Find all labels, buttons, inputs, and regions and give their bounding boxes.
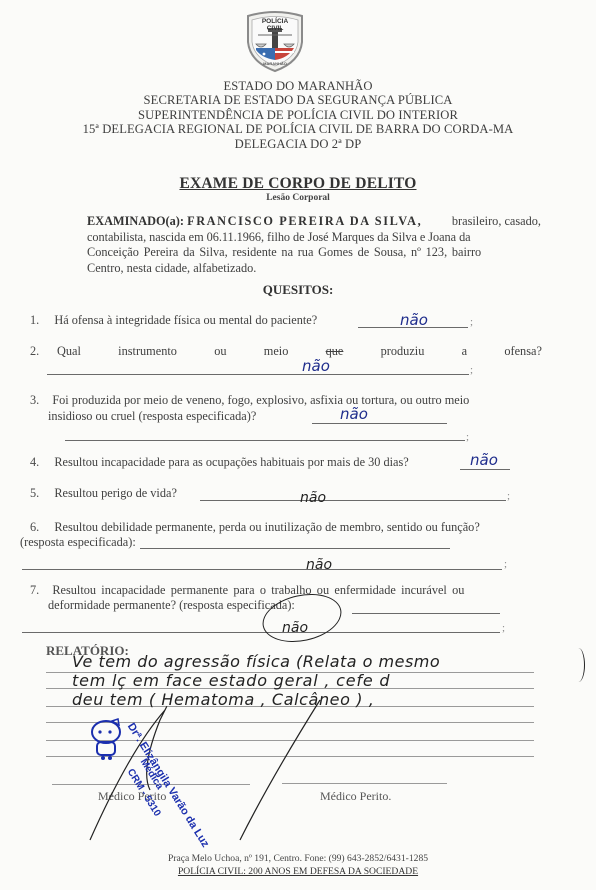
question-2-word: produziu (381, 344, 425, 359)
question-3-answer-line-2 (65, 440, 465, 441)
document-subtitle: Lesão Corporal (0, 193, 596, 203)
question-2-word: a (462, 344, 467, 359)
footer-motto: POLÍCIA CIVIL: 200 ANOS EM DEFESA DA SOC… (0, 866, 596, 877)
examinee-label: EXAMINADO(a): (87, 214, 184, 228)
header-delegacy: DELEGACIA DO 2ª DP (0, 137, 596, 151)
examinee-paragraph: EXAMINADO(a): FRANCISCO PEREIRA DA SILVA… (87, 214, 541, 276)
question-7-number: 7. (30, 583, 39, 597)
question-5-semicolon: ; (507, 490, 510, 502)
question-7-semicolon: ; (502, 622, 505, 634)
report-handwritten-line-2[interactable]: tem lç em face estado geral , cefe d (72, 671, 390, 690)
question-2-text: Qual instrumento ou meio que produziu a … (57, 344, 542, 359)
question-3-line1: Foi produzida por meio de veneno, fogo, … (52, 393, 469, 407)
question-3-line2: insidioso ou cruel (resposta especificad… (48, 409, 256, 424)
badge-top-text: POLÍCIA CIVIL (254, 18, 296, 32)
question-7: 7. Resultou incapacidade permanente para… (30, 583, 464, 598)
report-handwritten-line-1[interactable]: Ve tem do agressão física (Relata o mesm… (72, 652, 440, 671)
report-bracket-mark (572, 648, 585, 682)
question-2: 2. (30, 344, 39, 359)
question-2-word: ofensa? (504, 344, 542, 359)
question-5-answer-line (200, 500, 506, 501)
question-7-answer[interactable]: não (282, 620, 308, 636)
examinee-line1-rest: brasileiro, casado, (452, 214, 541, 230)
examinee-line-1: EXAMINADO(a): FRANCISCO PEREIRA DA SILVA… (87, 214, 541, 230)
question-6-line2: (resposta especificada): (20, 535, 136, 550)
question-1-text: Há ofensa à integridade física ou mental… (54, 313, 317, 327)
question-7-answer-line-1 (352, 613, 500, 614)
question-5-text: Resultou perigo de vida? (54, 486, 177, 500)
question-5: 5. Resultou perigo de vida? (30, 486, 177, 501)
examinee-line-3: Conceição Pereira da Silva, residente na… (87, 245, 541, 261)
question-1-semicolon: ; (470, 316, 473, 328)
question-5-answer[interactable]: não (300, 490, 326, 506)
badge-bottom-text: MARANHÃO (258, 61, 292, 66)
police-badge-logo: POLÍCIA CIVIL MARANHÃO (242, 8, 308, 74)
question-1-number: 1. (30, 313, 39, 327)
question-4-number: 4. (30, 455, 39, 469)
header-superintendence: SUPERINTENDÊNCIA DE POLÍCIA CIVIL DO INT… (0, 108, 596, 122)
question-2-word: meio (264, 344, 289, 359)
question-7-line1: Resultou incapacidade permanente para o … (52, 583, 464, 597)
examinee-name: FRANCISCO PEREIRA DA SILVA, (187, 214, 422, 228)
question-2-word: Qual (57, 344, 81, 359)
question-4-answer-line (460, 469, 510, 470)
question-6-line1: Resultou debilidade permanente, perda ou… (54, 520, 479, 534)
question-2-word: instrumento (118, 344, 177, 359)
question-1-answer[interactable]: não (400, 311, 428, 329)
question-4: 4. Resultou incapacidade para as ocupaçõ… (30, 455, 409, 470)
question-1: 1. Há ofensa à integridade física ou men… (30, 313, 317, 328)
question-6-answer-line-1 (140, 548, 450, 549)
question-3: 3. Foi produzida por meio de veneno, fog… (30, 393, 469, 408)
question-3-answer[interactable]: não (340, 405, 368, 423)
question-7-answer-line-2 (22, 632, 500, 633)
quesitos-heading: QUESITOS: (0, 282, 596, 298)
signature-label-right: Médico Perito. (320, 789, 391, 804)
question-3-number: 3. (30, 393, 39, 407)
question-2-answer[interactable]: não (302, 357, 330, 375)
question-3-semicolon: ; (466, 431, 469, 443)
question-5-number: 5. (30, 486, 39, 500)
stamp-cartoon-icon (88, 718, 124, 760)
question-6: 6. Resultou debilidade permanente, perda… (30, 520, 480, 535)
question-2-semicolon: ; (470, 364, 473, 376)
document-title: EXAME DE CORPO DE DELITO (0, 175, 596, 193)
header-regional-delegacy: 15ª DELEGACIA REGIONAL DE POLÍCIA CIVIL … (0, 122, 596, 136)
header-state: ESTADO DO MARANHÃO (0, 79, 596, 93)
question-2-answer-line (47, 374, 469, 375)
document-header: ESTADO DO MARANHÃO SECRETARIA DE ESTADO … (0, 79, 596, 151)
question-6-semicolon: ; (504, 558, 507, 570)
question-6-answer-line-2 (22, 569, 502, 570)
question-2-number: 2. (30, 344, 39, 358)
examinee-line-4: Centro, nesta cidade, alfabetizado. (87, 261, 541, 277)
question-3-answer-line-1 (312, 423, 447, 424)
question-6-answer[interactable]: não (306, 557, 332, 573)
question-7-line2: deformidade permanente? (resposta especi… (48, 598, 295, 613)
examinee-line-2: contabilista, nascida em 06.11.1966, fil… (87, 230, 541, 246)
header-secretariat: SECRETARIA DE ESTADO DA SEGURANÇA PÚBLIC… (0, 93, 596, 107)
question-2-word: ou (214, 344, 226, 359)
question-4-answer[interactable]: não (470, 451, 498, 469)
footer-address: Praça Melo Uchoa, nº 191, Centro. Fone: … (0, 853, 596, 864)
question-6-number: 6. (30, 520, 39, 534)
question-4-text: Resultou incapacidade para as ocupações … (54, 455, 408, 469)
